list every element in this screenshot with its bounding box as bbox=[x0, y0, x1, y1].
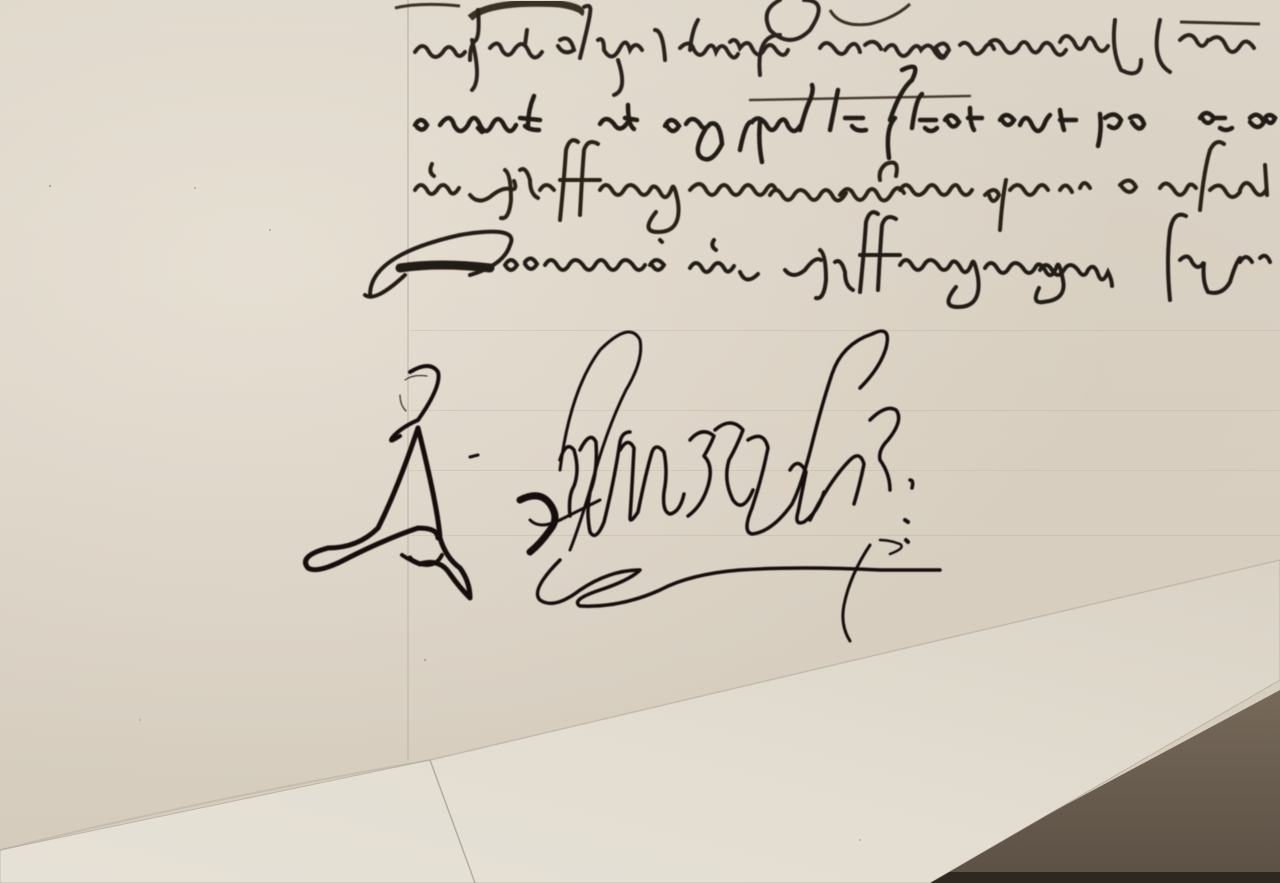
signature-ink bbox=[306, 331, 941, 641]
table-edge-shadow bbox=[920, 872, 1280, 883]
manuscript-line-3-ink bbox=[415, 140, 1267, 232]
manuscript-line-4-ink bbox=[365, 212, 1270, 307]
manuscript-line-2-ink bbox=[415, 67, 1275, 162]
line-0-remnants bbox=[395, 3, 1260, 24]
manuscript-ink bbox=[0, 0, 1280, 883]
